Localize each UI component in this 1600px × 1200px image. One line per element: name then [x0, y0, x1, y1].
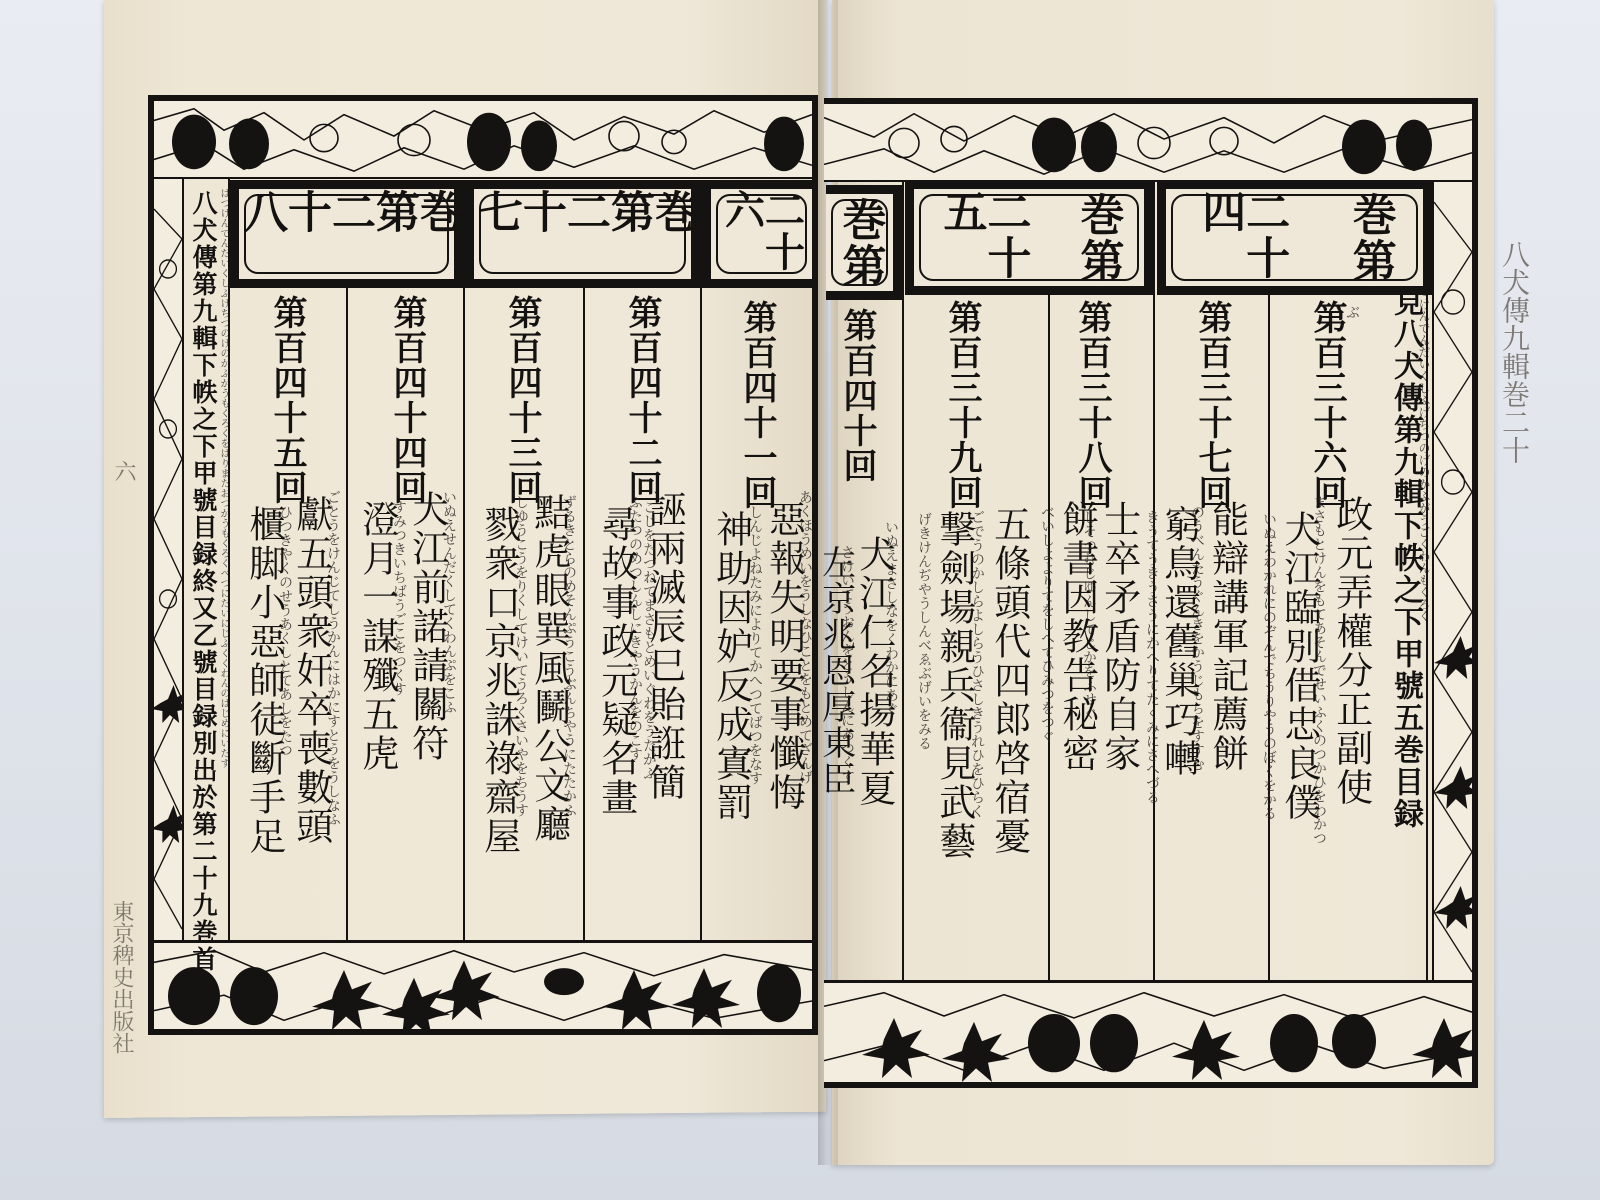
- dog-flower-border-icon: [824, 104, 1472, 180]
- chapter-number: 第百四十四回: [390, 295, 424, 505]
- chapter-title-line: 五條頭代四郎啓宿憂: [990, 505, 1028, 856]
- chapter-title-ruby: あくほうめいをうしなひことをもとめてざんげ: [798, 490, 812, 784]
- volume-heading-25: 二十五 巻第: [905, 180, 1153, 295]
- decorative-border-bottom-left: [154, 940, 812, 1029]
- chapter-number: 第百三十八回: [1075, 300, 1109, 510]
- chapter-title-ruby: いぬえまさしなをくわかにあぐ: [884, 520, 898, 716]
- volume-number: 二十四: [1197, 189, 1285, 286]
- column-rule: [583, 288, 585, 940]
- chapter-title-line: 撃劍場親兵衞見武藝: [935, 510, 973, 861]
- chapter-title-line: 窮鳥還舊巢巧囀: [1160, 505, 1198, 778]
- chapter-title-line: 尋故事政元疑名畫: [597, 505, 635, 817]
- chapter-title-ruby: さけいてうおんをとうしんにあつくす: [840, 545, 854, 783]
- chapter-title-ruby: すみつきいちばうごこをつくす: [392, 500, 406, 696]
- decorative-border-right-side: [1432, 182, 1472, 980]
- volume-label: 巻第: [1348, 192, 1392, 284]
- chapter-title-ruby: しゆうこうをりくしてけいてうろくさいやをちうす: [514, 495, 528, 817]
- chapter-number-ruby: ぶ: [1345, 305, 1359, 319]
- column-rule: [463, 180, 465, 940]
- chapter-number: 第百三十六回: [1310, 300, 1344, 510]
- chapter-title-ruby: ずるきとらのめそんぷうこうぶんちやうにたたかふ: [562, 495, 576, 817]
- chapter-number: 第百四十回: [840, 308, 874, 483]
- volume-number: 二十六: [722, 189, 802, 279]
- chapter-title-ruby: いぬえわかれにのぞんでちうりやうのぼくをかる: [1262, 512, 1276, 820]
- chapter-title-line: 政元弄權分正副使: [1332, 495, 1370, 807]
- publisher-colophon: 東京稗史出版社: [110, 900, 132, 1054]
- volume-label: 巻第: [371, 189, 459, 279]
- volume-number: 二十七: [474, 189, 606, 279]
- volume-heading-27: 二十七 巻第: [465, 180, 700, 288]
- volume-number: 二十五: [939, 189, 1027, 286]
- chapter-title-ruby: べいしよよりてをしへてひみつをつぐ: [1040, 505, 1054, 743]
- volume-heading-26-left: 二十六: [702, 180, 812, 288]
- dog-maple-border-icon: [824, 983, 1472, 1082]
- decorative-border-left-side: [154, 179, 184, 940]
- volume-label: 巻第: [606, 189, 694, 279]
- volume-label: 巻第: [1076, 192, 1120, 284]
- flower-maple-border-icon: [1434, 182, 1472, 980]
- chapter-number: 第百四十一回: [740, 300, 774, 510]
- dog-flower-border-icon: [154, 101, 812, 177]
- chapter-title-line: 餅書因教告秘密: [1058, 500, 1096, 773]
- volume-number: 二十八: [239, 189, 371, 279]
- margin-title-right: 八犬傳九輯巻二十: [1500, 240, 1528, 464]
- volume-heading-24: 二十四 巻第: [1157, 180, 1432, 295]
- series-title-left-ruby: はつけんでんだいくしふげちつのげのかふがうもくろくをはりまたおつがうもくろくべつ…: [218, 188, 228, 768]
- series-title-left: 八犬傳第九輯下帙之下甲號目録終又乙號目録別出於第二十九巻首: [191, 190, 216, 973]
- volume-heading-26-right: 巻第: [826, 185, 902, 300]
- chapter-number: 第百四十三回: [505, 295, 539, 505]
- volume-label: 巻第: [838, 197, 882, 289]
- chapter-number: 第百三十九回: [945, 300, 979, 510]
- chapter-title-line: 犬江臨別借忠良僕: [1280, 510, 1318, 822]
- chapter-title-ruby: ごとうをけんじてしうかんにはかにすとうをうしなふ: [326, 490, 340, 826]
- column-rule: [902, 180, 904, 980]
- decorative-border-top-right: [824, 104, 1472, 182]
- chapter-number: 第百四十二回: [625, 295, 659, 505]
- dog-maple-border-icon: [154, 943, 812, 1029]
- decorative-border-top-left: [154, 101, 812, 179]
- column-rule: [346, 288, 348, 940]
- chapter-title-ruby: げきけんぢやうしんべゑぶげいをみる: [917, 512, 931, 750]
- chapter-number: 第百四十五回: [270, 295, 304, 505]
- flower-maple-border-icon: [154, 179, 182, 940]
- column-rule: [228, 179, 230, 940]
- chapter-title-ruby: しんじよねたみによりてかへつてばつをなす: [748, 505, 762, 785]
- chapter-title-line: 能辯講軍記薦餅: [1208, 500, 1246, 773]
- column-rule: [700, 180, 702, 940]
- chapter-title-line: 士卒矛盾防自家: [1100, 500, 1138, 773]
- chapter-title-ruby: ひつきやくのせうあくしとてあしをたつ: [278, 505, 292, 757]
- chapter-title-line: 神助因妒反成寘罰: [712, 510, 750, 822]
- volume-heading-28: 二十八 巻第: [230, 180, 463, 288]
- chapter-number: 第百三十七回: [1195, 300, 1229, 510]
- chapter-title-ruby: いぬえせんだくしてくわんぷをこふ: [442, 490, 456, 714]
- column-rule: [1426, 182, 1428, 980]
- page-number: 六: [112, 460, 134, 482]
- chapter-title-ruby: こじをたづねてまさもとめいぐわをうたがふ: [642, 500, 656, 780]
- decorative-border-bottom-right: [824, 980, 1472, 1082]
- chapter-title-ruby: きうてうきうさうにかへりてたくみにさへづる: [1145, 510, 1159, 804]
